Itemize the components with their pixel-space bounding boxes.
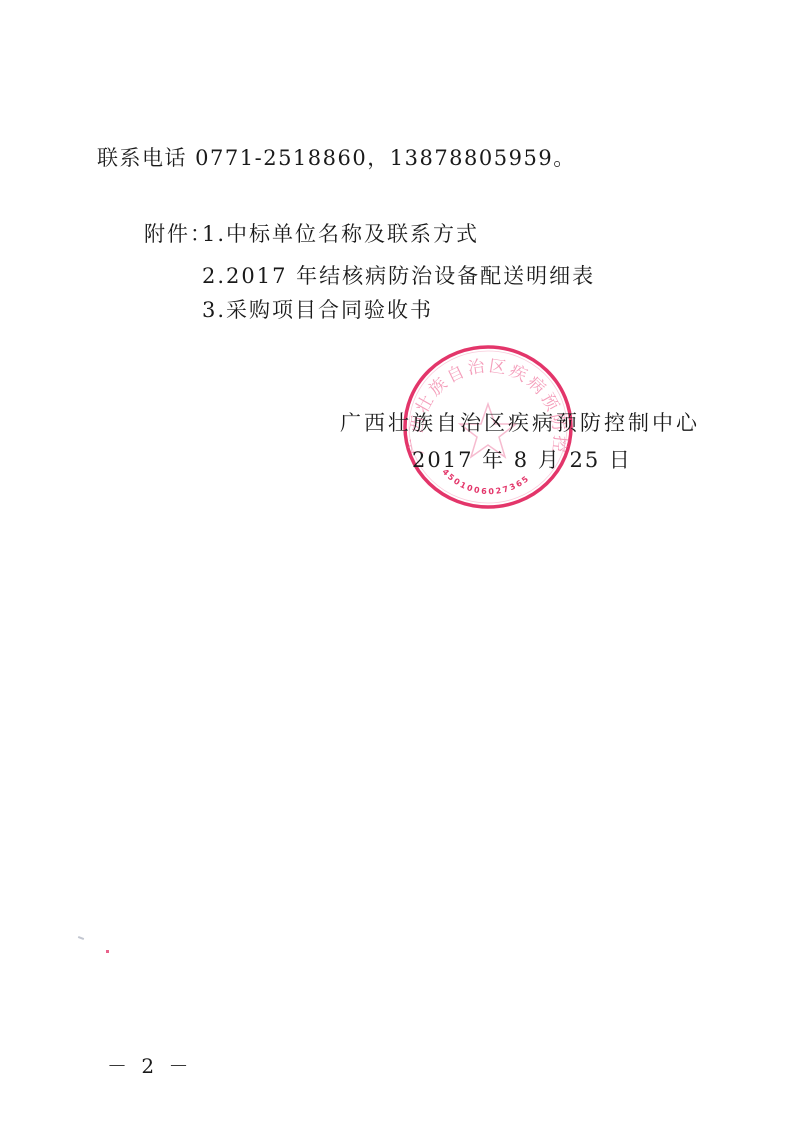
signature-organization: 广西壮族自治区疾病预防控制中心 xyxy=(340,413,700,434)
page-number: － 2 － xyxy=(107,1050,192,1079)
contact-phone-line: 联系电话 0771-2518860，13878805959。 xyxy=(97,148,576,169)
svg-text:广西壮族自治区疾病预防控制中心: 广西壮族自治区疾病预防控制中心 xyxy=(402,344,570,456)
attachment-item-2: 2.2017 年结核病防治设备配送明细表 xyxy=(202,266,595,287)
attachment-item-1: 1.中标单位名称及联系方式 xyxy=(202,224,479,245)
scan-speck xyxy=(106,950,109,953)
signature-date: 2017 年 8 月 25 日 xyxy=(412,450,632,471)
seal-ring-text: 广西壮族自治区疾病预防控制中心 xyxy=(402,344,570,456)
scan-speck xyxy=(78,936,84,940)
attachment-item-3: 3.采购项目合同验收书 xyxy=(202,300,433,321)
